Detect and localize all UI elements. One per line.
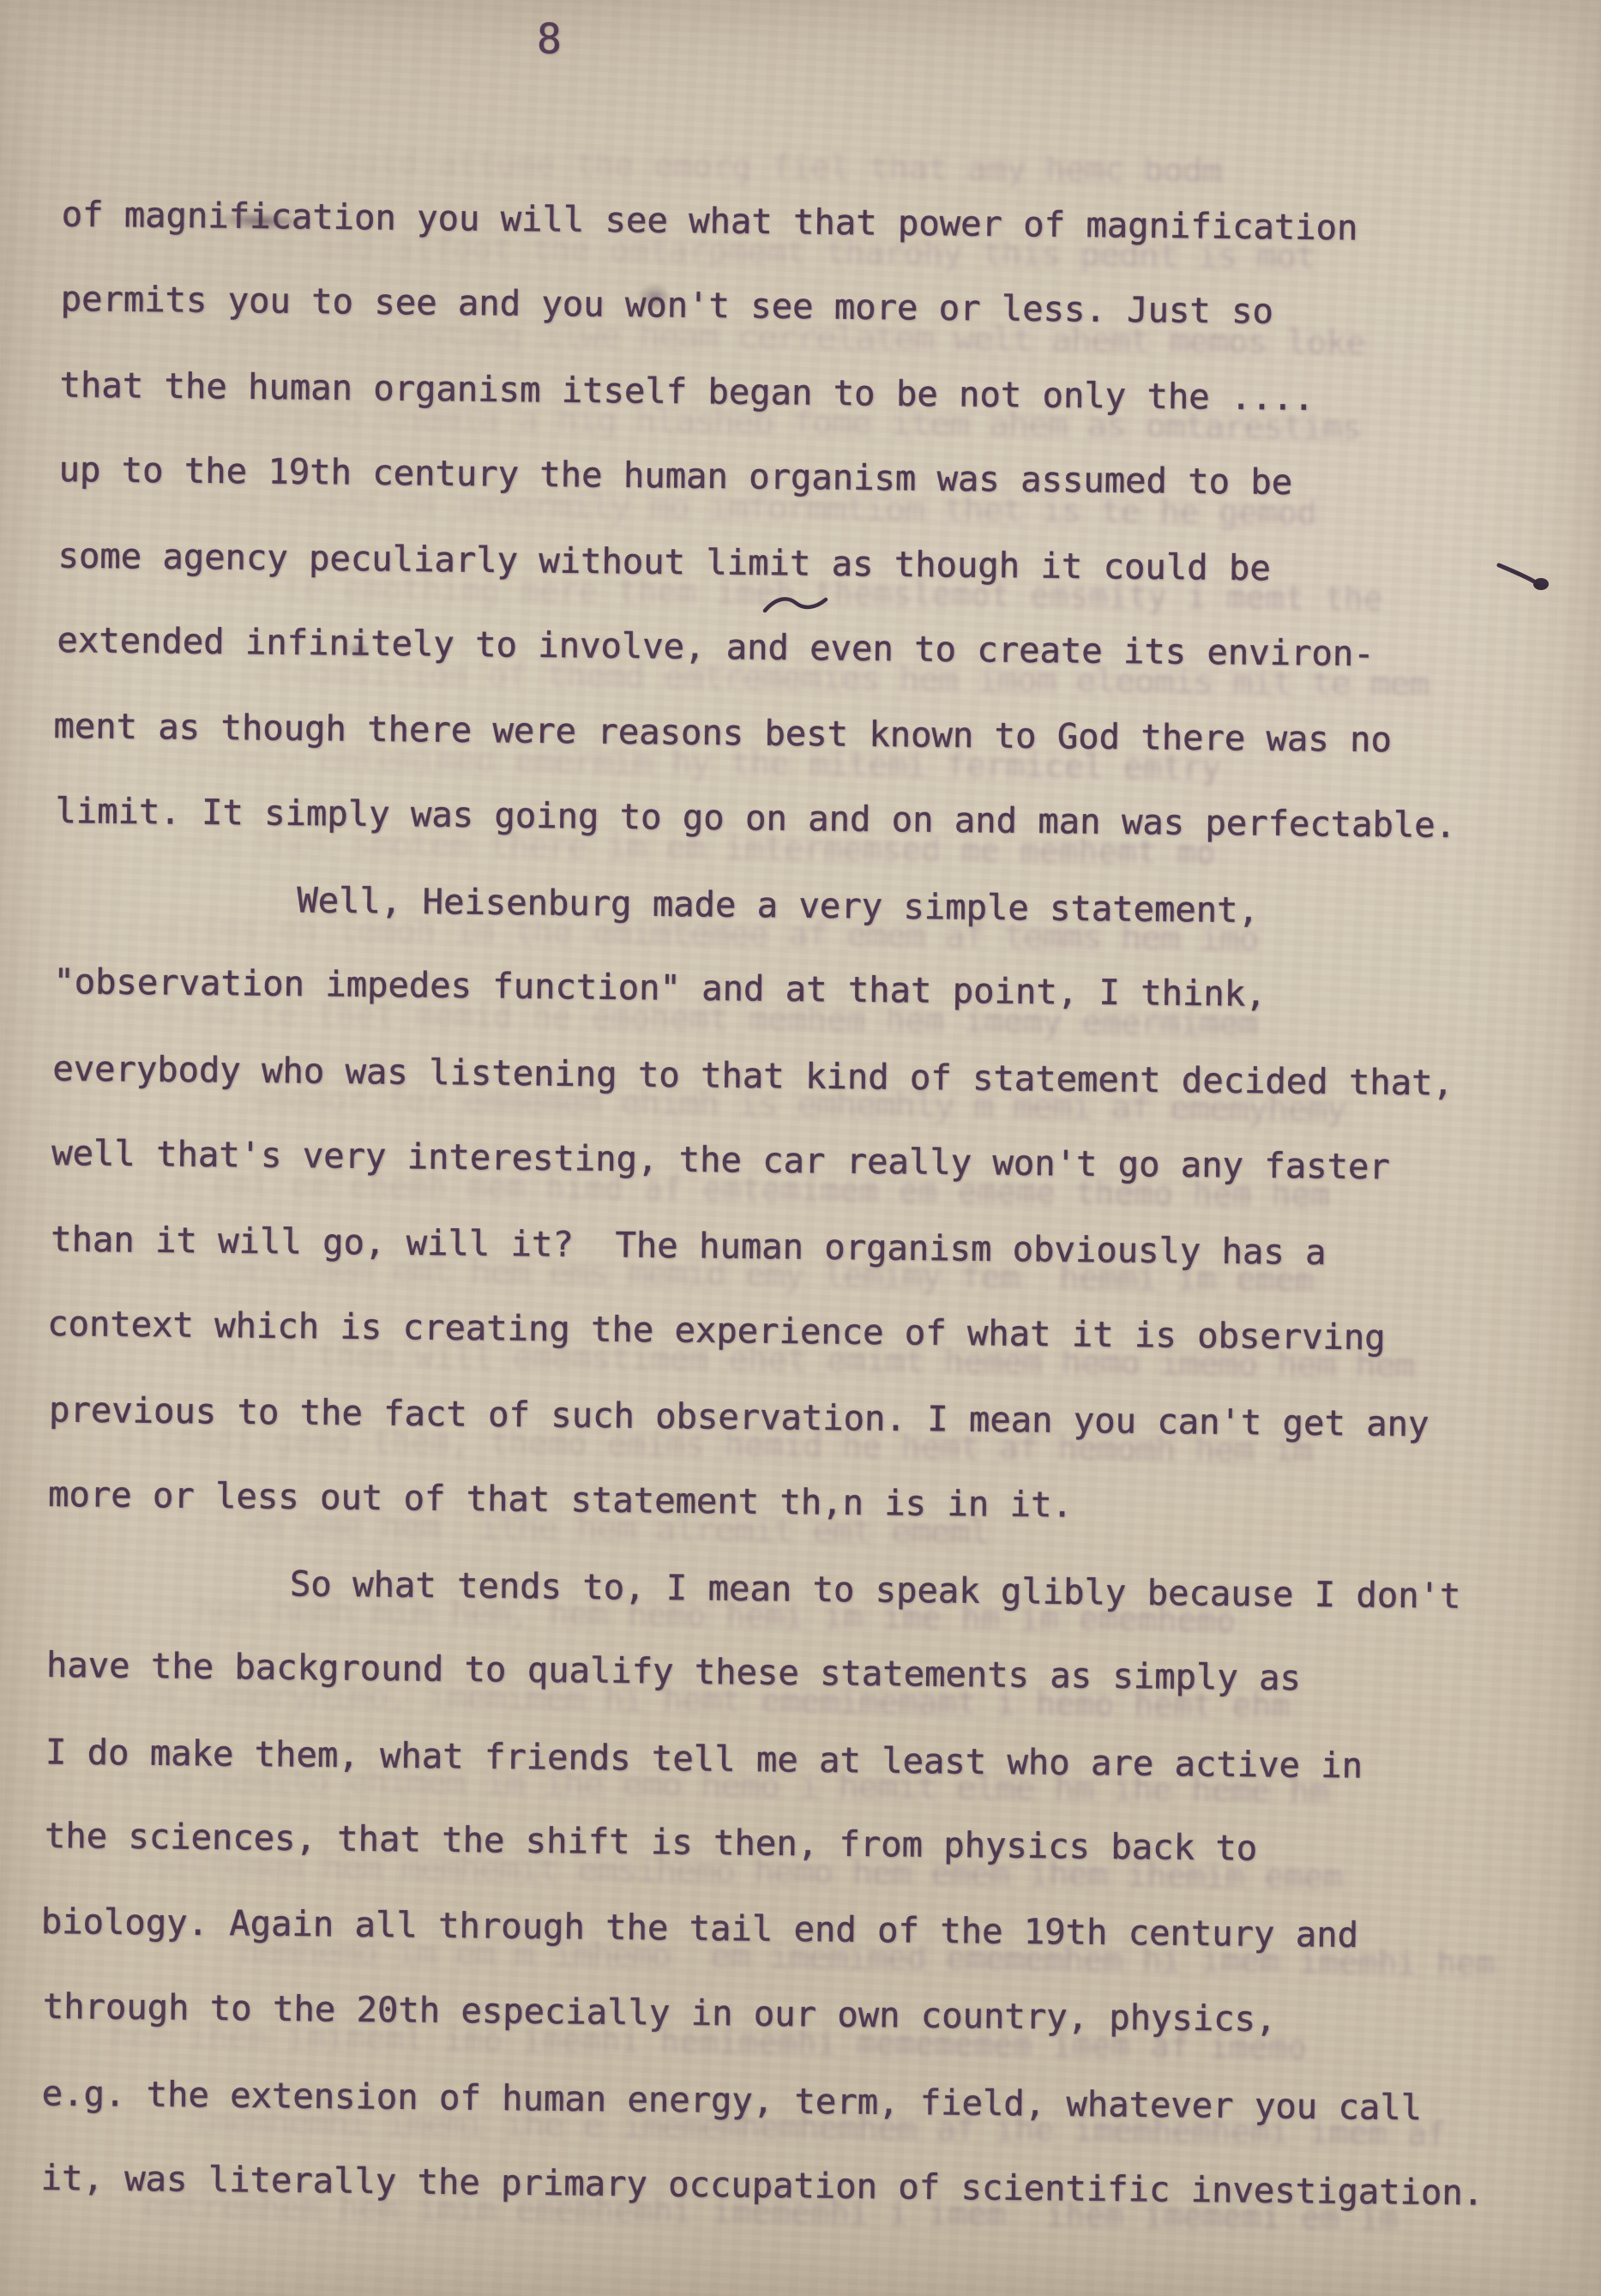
text-line: ment as though there were reasons best k… (53, 708, 1580, 809)
text-line: it, was literally the primary occupation… (40, 2160, 1568, 2262)
text-line: I do make them, what friends tell me at … (45, 1734, 1572, 1835)
text-line: previous to the fact of such observation… (48, 1393, 1575, 1494)
typewritten-text-block: of magnification you will see what that … (40, 196, 1588, 2262)
text-line: more or less out of that statement th,n … (47, 1477, 1574, 1578)
scanned-typewritten-page: hov som could attume the emorg fiel that… (0, 0, 1601, 2296)
text-line: of magnification you will see what that … (61, 196, 1588, 298)
text-line: e.g. the extension of human energy, term… (41, 2076, 1568, 2177)
text-line: limit. It simply was going to go on and … (55, 793, 1582, 895)
text-line: biology. Again all through the tail end … (40, 1904, 1568, 2005)
text-line: everybody who was listening to that kind… (52, 1051, 1580, 1152)
text-line: some agency peculiarly without limit as … (57, 539, 1585, 640)
text-line: that the human organism itself began to … (59, 368, 1586, 469)
text-line: Well, Heisenburg made a very simple stat… (54, 880, 1581, 981)
text-line: So what tends to, I mean to speak glibly… (46, 1564, 1574, 1665)
page-number: 8 (537, 15, 562, 63)
